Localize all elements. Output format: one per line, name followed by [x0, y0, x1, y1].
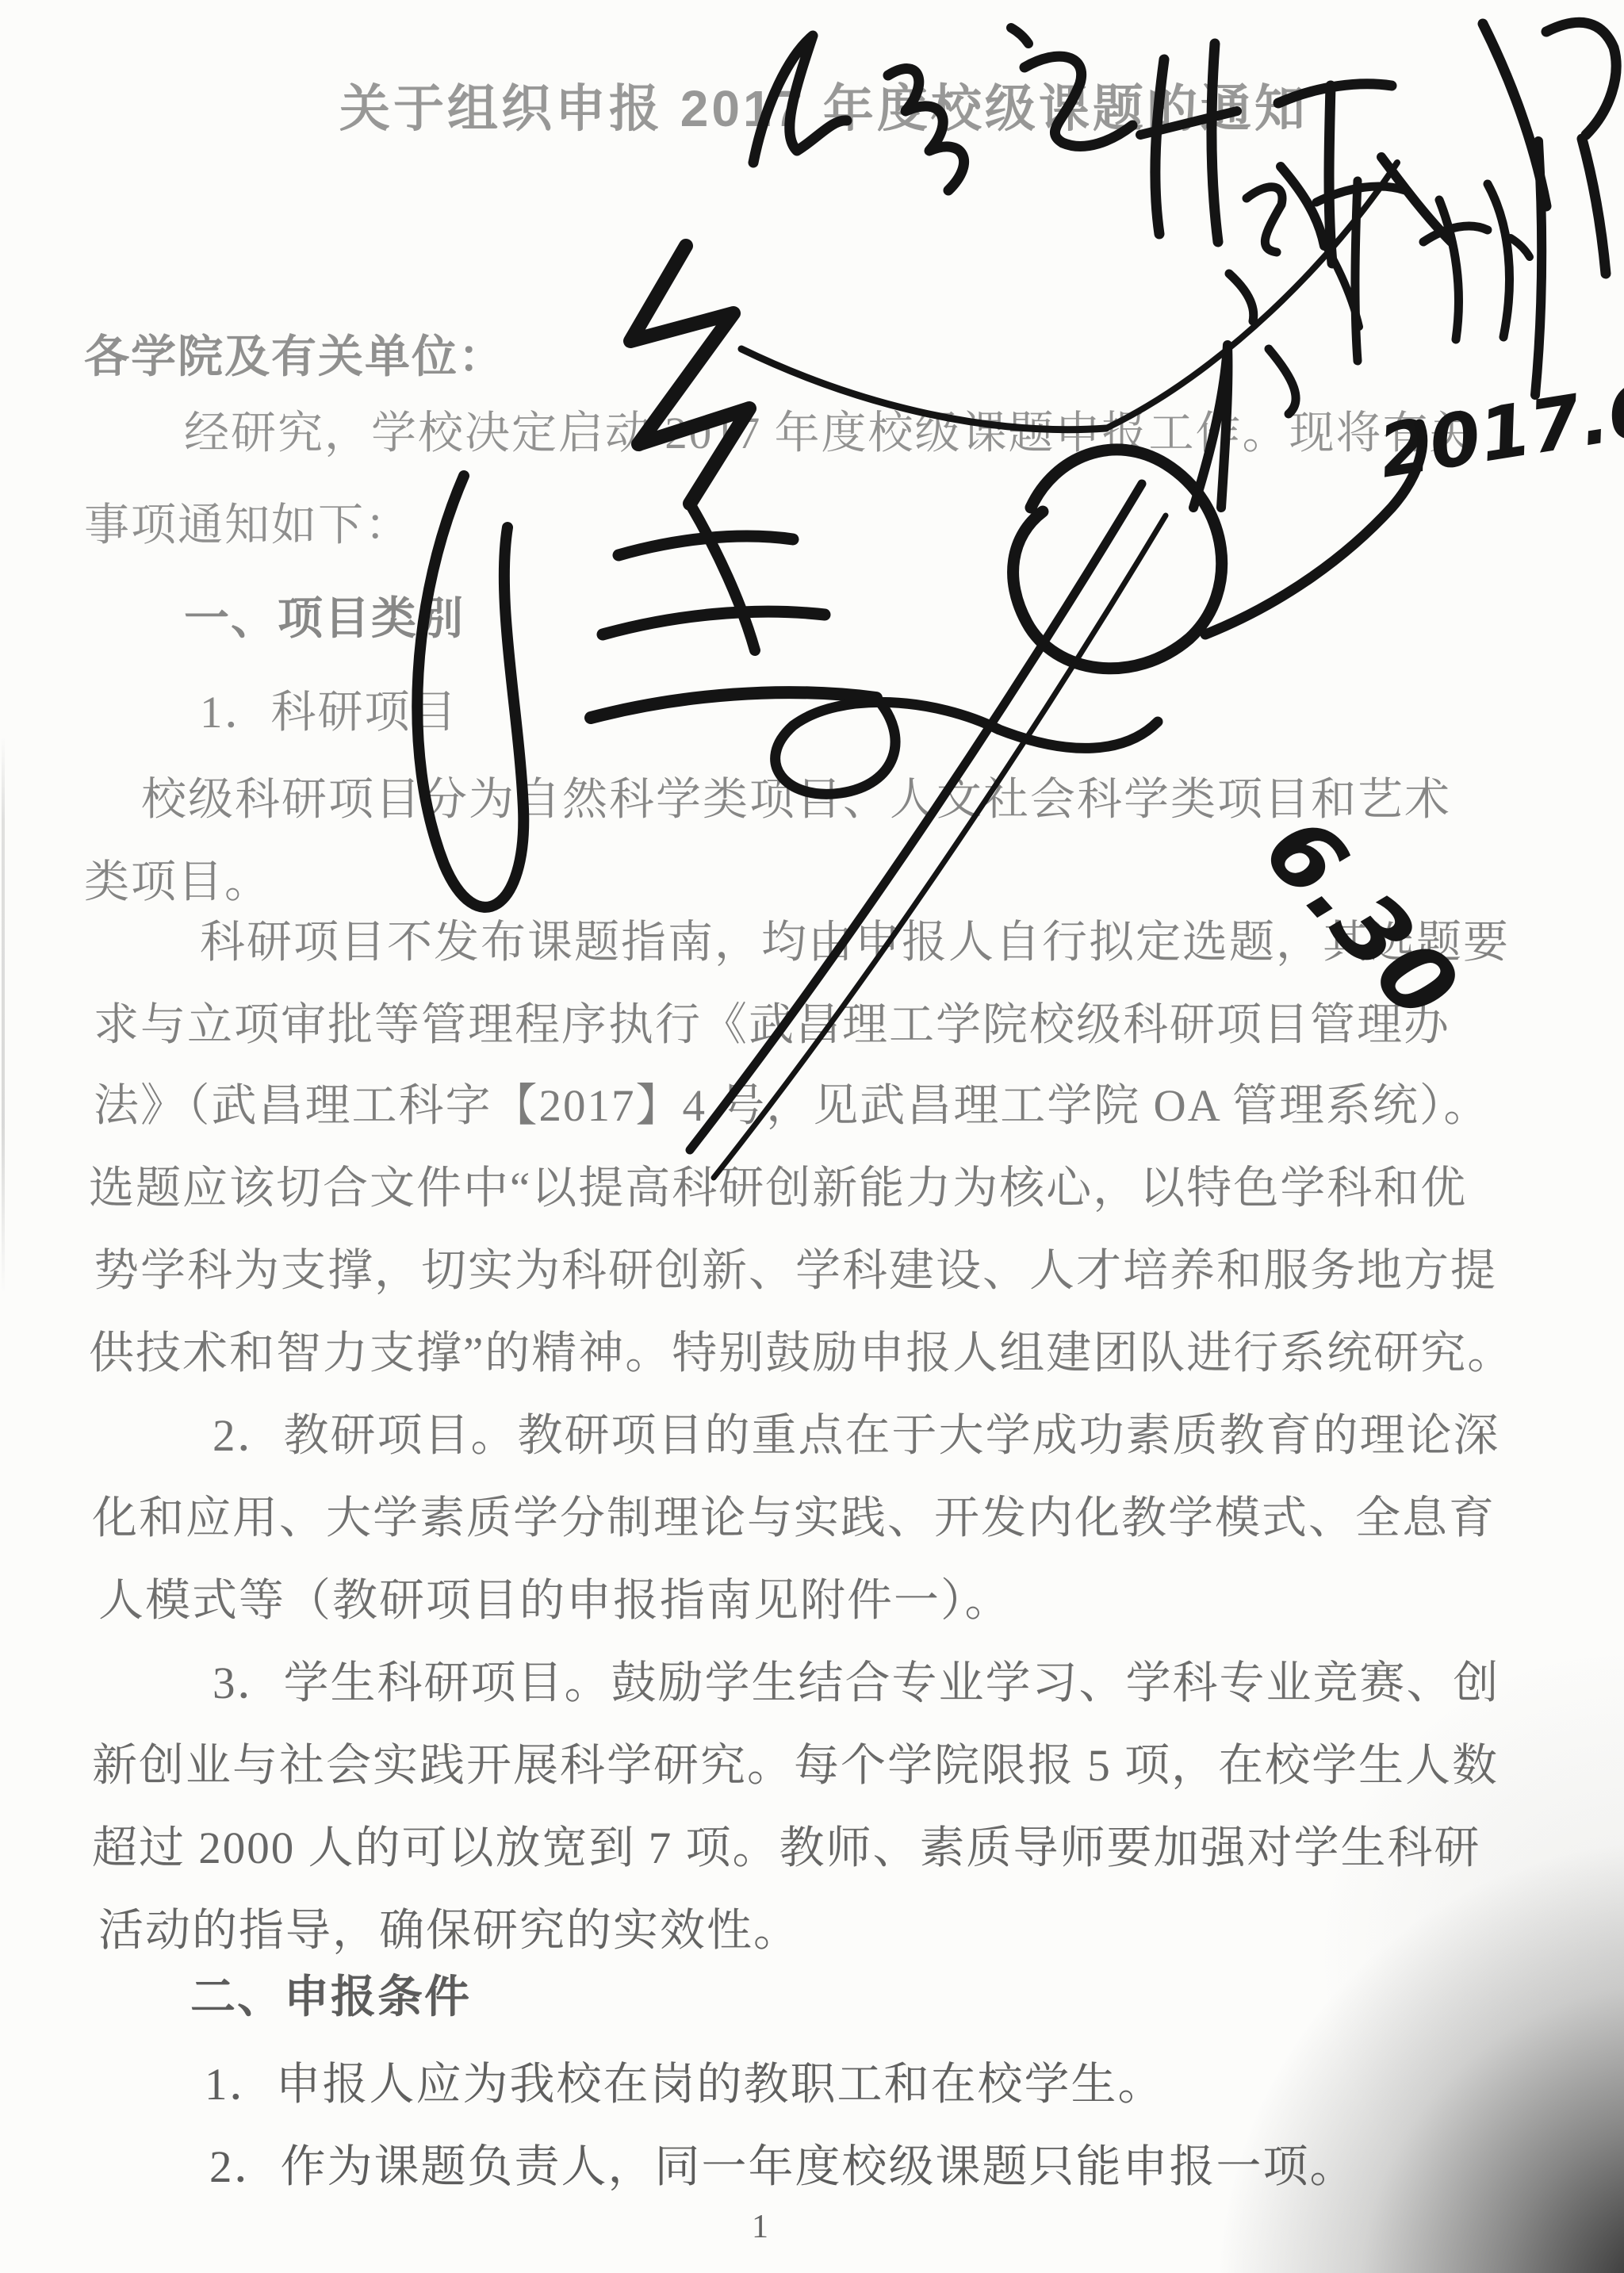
text-line: 人模式等（教研项目的申报指南见附件一）。: [98, 1564, 1012, 1629]
text-line: 2．教研项目。教研项目的重点在于大学成功素质教育的理论深: [213, 1399, 1500, 1464]
text-line: 化和应用、大学素质学分制理论与实践、开发内化教学模式、全息育: [92, 1481, 1496, 1547]
text-line: 1．申报人应为我校在岗的教职工和在校学生。: [205, 2048, 1165, 2113]
text-line: 校级科研项目分为自然科学类项目、人文社会科学类项目和艺术: [141, 763, 1451, 828]
document-title: 关于组织申报 2017 年度校级课题的通知: [339, 68, 1308, 141]
text-line: 新创业与社会实践开展科学研究。每个学院限报 5 项，在校学生人数: [92, 1729, 1499, 1794]
text-line: 1．科研项目: [200, 676, 458, 741]
text-line: 势学科为支撑，切实为科研创新、学科建设、人才培养和服务地方提: [94, 1234, 1497, 1299]
text-line: 法》（武昌理工科字【2017】4 号，见武昌理工学院 OA 管理系统）。: [94, 1069, 1490, 1134]
heading-line: 二、申报条件: [190, 1961, 471, 2026]
scan-edge-artifact: [2, 738, 5, 1293]
text-line: 求与立项审批等管理程序执行《武昌理工学院校级科研项目管理办: [94, 988, 1450, 1053]
heading-line: 各学院及有关单位：: [84, 320, 505, 385]
heading-line: 一、项目类别: [184, 582, 465, 647]
text-line: 事项通知如下：: [84, 489, 412, 554]
text-line: 经研究，学校决定启动 2017 年度校级课题申报工作。现将有关: [184, 397, 1477, 462]
page-number: 1: [752, 2208, 768, 2246]
handwritten-remark-row2: [1229, 141, 1542, 414]
text-line: 供技术和智力支撑”的精神。特别鼓励申报人组建团队进行系统研究。: [89, 1317, 1514, 1382]
text-line: 选题应该切合文件中“以提高科研创新能力为核心，以特色学科和优: [89, 1152, 1467, 1217]
text-line: 科研项目不发布课题指南，均由申报人自行拟定选题，其选题要: [200, 906, 1510, 971]
text-line: 超过 2000 人的可以放宽到 7 项。教师、素质导师要加强对学生科研: [92, 1811, 1481, 1876]
scanned-notice-page: 关于组织申报 2017 年度校级课题的通知 各学院及有关单位：经研究，学校决定启…: [0, 0, 1624, 2273]
text-line: 活动的指导，确保研究的实效性。: [98, 1894, 800, 1959]
text-line: 类项目。: [84, 845, 271, 910]
text-line: 3．学生科研项目。鼓励学生结合专业学习、学科专业竞赛、创: [213, 1646, 1500, 1711]
text-line: 2．作为课题负责人，同一年度校级课题只能申报一项。: [209, 2130, 1357, 2195]
